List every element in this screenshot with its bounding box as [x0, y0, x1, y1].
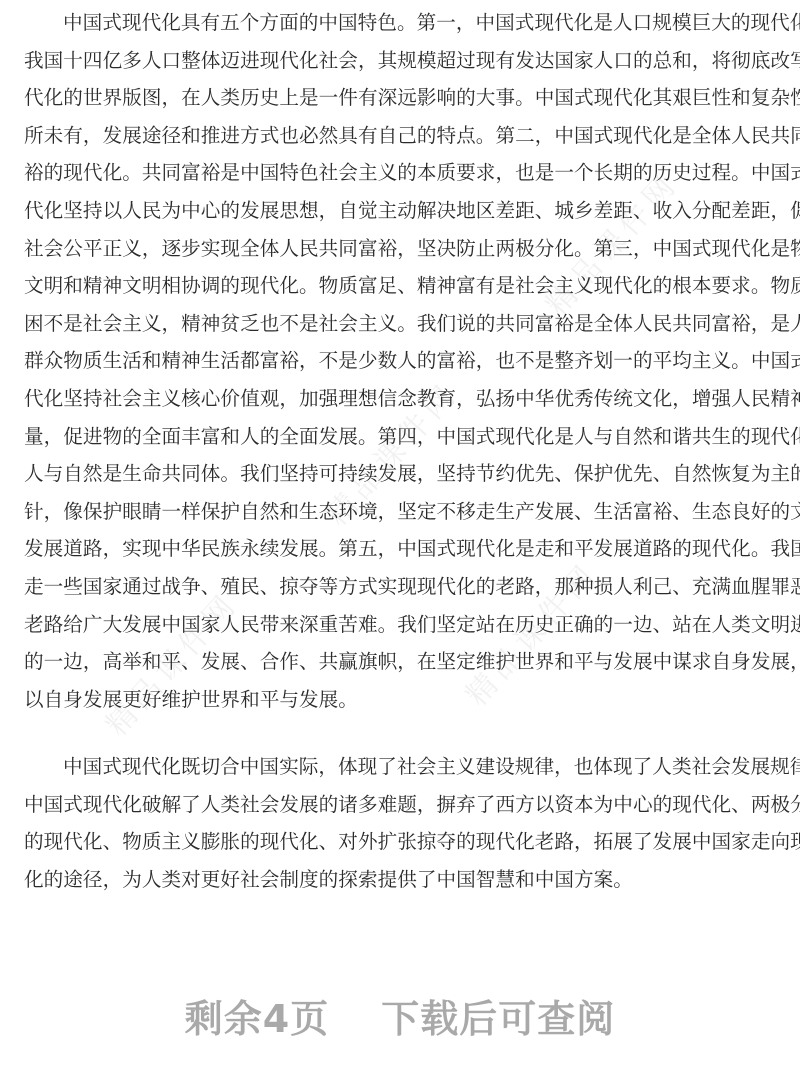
text-line: 中国式现代化具有五个方面的中国特色。第一，中国式现代化是人口规模巨大的现代化。 — [24, 4, 776, 42]
text-line: 裕的现代化。共同富裕是中国特色社会主义的本质要求，也是一个长期的历史过程。中国式… — [24, 154, 776, 192]
text-line: 人与自然是生命共同体。我们坚持可持续发展，坚持节约优先、保护优先、自然恢复为主的… — [24, 455, 776, 493]
text-line: 以自身发展更好维护世界和平与发展。 — [24, 681, 776, 719]
remaining-pages-label: 剩余4页 — [185, 997, 329, 1041]
text-line: 的一边，高举和平、发展、合作、共赢旗帜，在坚定维护世界和平与发展中谋求自身发展，… — [24, 643, 776, 681]
download-to-view-label: 下载后可查阅 — [381, 997, 615, 1041]
text-line: 老路给广大发展中国家人民带来深重苦难。我们坚定站在历史正确的一边、站在人类文明进… — [24, 606, 776, 644]
text-line: 困不是社会主义，精神贫乏也不是社会主义。我们说的共同富裕是全体人民共同富裕，是人… — [24, 305, 776, 343]
text-line: 量，促进物的全面丰富和人的全面发展。第四，中国式现代化是人与自然和谐共生的现代化… — [24, 418, 776, 456]
document-body: 中国式现代化具有五个方面的中国特色。第一，中国式现代化是人口规模巨大的现代化。 … — [24, 4, 776, 899]
text-line: 走一些国家通过战争、殖民、掠夺等方式实现现代化的老路，那种损人利己、充满血腥罪恶… — [24, 568, 776, 606]
text-line: 代化的世界版图，在人类历史上是一件有深远影响的大事。中国式现代化其艰巨性和复杂性… — [24, 79, 776, 117]
document-page: 精品课件网 精品课件网 精品课件网 精品课件网 中国式现代化具有五个方面的中国特… — [0, 0, 800, 1092]
text-line: 代化坚持社会主义核心价值观，加强理想信念教育，弘扬中华优秀传统文化，增强人民精神… — [24, 380, 776, 418]
text-line: 代化坚持以人民为中心的发展思想，自觉主动解决地区差距、城乡差距、收入分配差距，促… — [24, 192, 776, 230]
text-line: 发展道路，实现中华民族永续发展。第五，中国式现代化是走和平发展道路的现代化。我国… — [24, 530, 776, 568]
text-line: 群众物质生活和精神生活都富裕，不是少数人的富裕，也不是整齐划一的平均主义。中国式… — [24, 342, 776, 380]
text-line: 中国式现代化既切合中国实际，体现了社会主义建设规律，也体现了人类社会发展规律。 — [24, 748, 776, 786]
text-line: 所未有，发展途径和推进方式也必然具有自己的特点。第二，中国式现代化是全体人民共同… — [24, 117, 776, 155]
paragraph-five-features: 中国式现代化具有五个方面的中国特色。第一，中国式现代化是人口规模巨大的现代化。 … — [24, 4, 776, 718]
text-line: 社会公平正义，逐步实现全体人民共同富裕，坚决防止两极分化。第三，中国式现代化是物… — [24, 230, 776, 268]
text-line: 中国式现代化破解了人类社会发展的诸多难题，摒弃了西方以资本为中心的现代化、两极分… — [24, 786, 776, 824]
paragraph-significance: 中国式现代化既切合中国实际，体现了社会主义建设规律，也体现了人类社会发展规律。 … — [24, 748, 776, 898]
text-line: 的现代化、物质主义膨胀的现代化、对外扩张掠夺的现代化老路，拓展了发展中国家走向现… — [24, 823, 776, 861]
text-line: 化的途径，为人类对更好社会制度的探索提供了中国智慧和中国方案。 — [24, 861, 776, 899]
text-line: 文明和精神文明相协调的现代化。物质富足、精神富有是社会主义现代化的根本要求。物质… — [24, 267, 776, 305]
paragraph-spacer — [24, 718, 776, 748]
text-line: 针，像保护眼睛一样保护自然和生态环境，坚定不移走生产发展、生活富裕、生态良好的文… — [24, 493, 776, 531]
download-prompt-banner[interactable]: 剩余4页下载后可查阅 — [0, 988, 800, 1043]
text-line: 我国十四亿多人口整体迈进现代化社会，其规模超过现有发达国家人口的总和，将彻底改写… — [24, 42, 776, 80]
